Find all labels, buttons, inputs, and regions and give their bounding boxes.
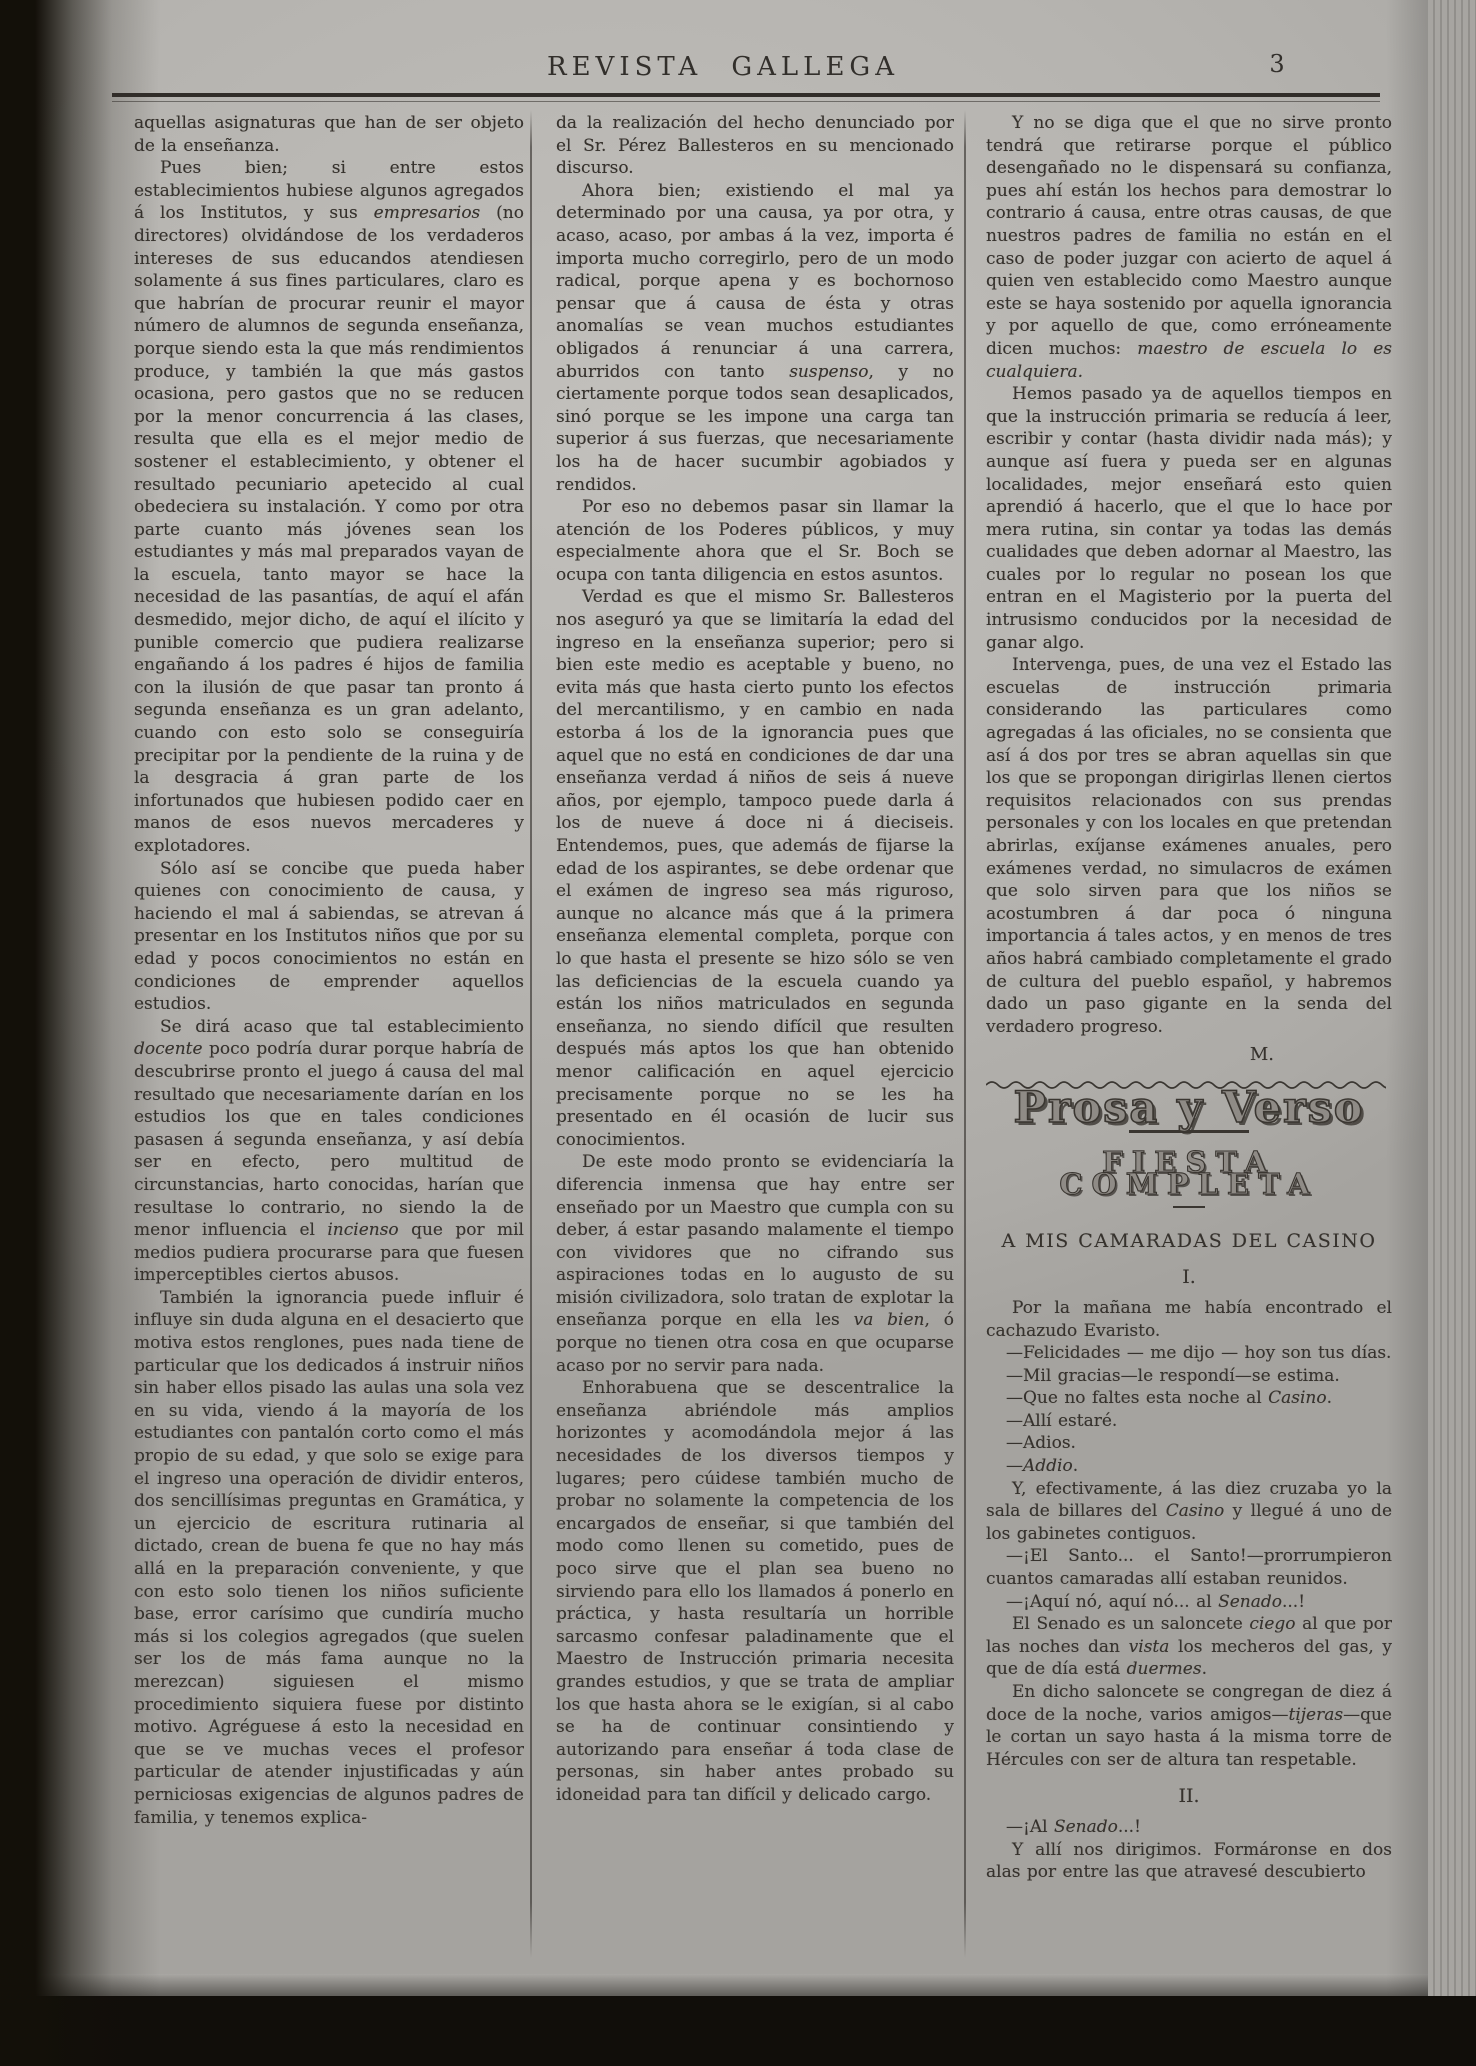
- article-paragraph: Hemos pasado ya de aquellos tiempos en q…: [986, 383, 1392, 654]
- dialogue-line: —¡Aquí nó, aquí nó... al Senado...!: [986, 1591, 1392, 1614]
- article-title-rule: [1173, 1206, 1205, 1208]
- dialogue-line: —Felicidades — me dijo — hoy son tus día…: [986, 1342, 1392, 1365]
- article-paragraph: Sólo así se concibe que pueda haber quie…: [134, 858, 524, 1016]
- dialogue-line: —Mil gracias—le respondí—se estima.: [986, 1365, 1392, 1388]
- text-column-1: aquellas asignaturas que han de ser obje…: [134, 112, 524, 1972]
- article-paragraph: Y, efectivamente, á las diez cruzaba yo …: [986, 1478, 1392, 1546]
- dialogue-line: —Addio.: [986, 1455, 1392, 1478]
- article-paragraph: Por la mañana me había encontrado el cac…: [986, 1297, 1392, 1342]
- part-number: II.: [986, 1785, 1392, 1808]
- book-page-stack-edge: [1428, 0, 1476, 1996]
- article-paragraph: aquellas asignaturas que han de ser obje…: [134, 112, 524, 157]
- author-signature: M.: [986, 1044, 1392, 1067]
- page-bottom-edge: [34, 1974, 1428, 1996]
- dialogue-line: —¡Al Senado...!: [986, 1816, 1392, 1839]
- dedication-line: A MIS CAMARADAS DEL CASINO: [986, 1230, 1392, 1253]
- page-right-edge-shadow: [1386, 0, 1428, 1996]
- article-title: FIESTA COMPLETA: [986, 1151, 1392, 1196]
- masthead-rule-thin: [112, 101, 1380, 102]
- scanned-newspaper-photo: { "masthead": { "title": "REVISTA GALLEG…: [0, 0, 1476, 2066]
- dialogue-line: —¡El Santo... el Santo!—prorrumpieron cu…: [986, 1545, 1392, 1590]
- column-divider-2: [964, 110, 966, 1958]
- article-paragraph: Y allí nos dirigimos. Formáronse en dos …: [986, 1839, 1392, 1884]
- text-column-3: Y no se diga que el que no sirve pronto …: [986, 112, 1392, 1972]
- article-paragraph: Se dirá acaso que tal establecimiento do…: [134, 1016, 524, 1287]
- article-paragraph: En dicho saloncete se congregan de diez …: [986, 1681, 1392, 1771]
- photo-dark-background: [0, 1996, 1476, 2066]
- article-paragraph: Por eso no debemos pasar sin llamar la a…: [556, 496, 954, 586]
- dialogue-line: —Allí estaré.: [986, 1410, 1392, 1433]
- article-paragraph: También la ignorancia puede influir é in…: [134, 1287, 524, 1829]
- article-paragraph: Verdad es que el mismo Sr. Ballesteros n…: [556, 586, 954, 1151]
- text-column-2: da la realización del hecho denunciado p…: [556, 112, 954, 1972]
- masthead-rule: [112, 93, 1380, 97]
- article-paragraph: da la realización del hecho denunciado p…: [556, 112, 954, 180]
- article-paragraph: De este modo pronto se evidenciaría la d…: [556, 1151, 954, 1377]
- article-paragraph: Pues bien; si entre estos establecimient…: [134, 157, 524, 857]
- page-number: 3: [1247, 50, 1307, 78]
- article-paragraph: Y no se diga que el que no sirve pronto …: [986, 112, 1392, 383]
- article-paragraph: Intervenga, pues, de una vez el Estado l…: [986, 654, 1392, 1038]
- section-title: Prosa y Verso: [986, 1097, 1392, 1120]
- part-number: I.: [986, 1266, 1392, 1289]
- masthead-title: REVISTA GALLEGA: [473, 52, 973, 82]
- article-paragraph: Enhorabuena que se descentralice la ense…: [556, 1377, 954, 1806]
- dialogue-line: —Adios.: [986, 1432, 1392, 1455]
- article-paragraph: Ahora bien; existiendo el mal ya determi…: [556, 180, 954, 496]
- column-divider-1: [530, 110, 532, 1958]
- article-paragraph: El Senado es un saloncete ciego al que p…: [986, 1613, 1392, 1681]
- dialogue-line: —Que no faltes esta noche al Casino.: [986, 1387, 1392, 1410]
